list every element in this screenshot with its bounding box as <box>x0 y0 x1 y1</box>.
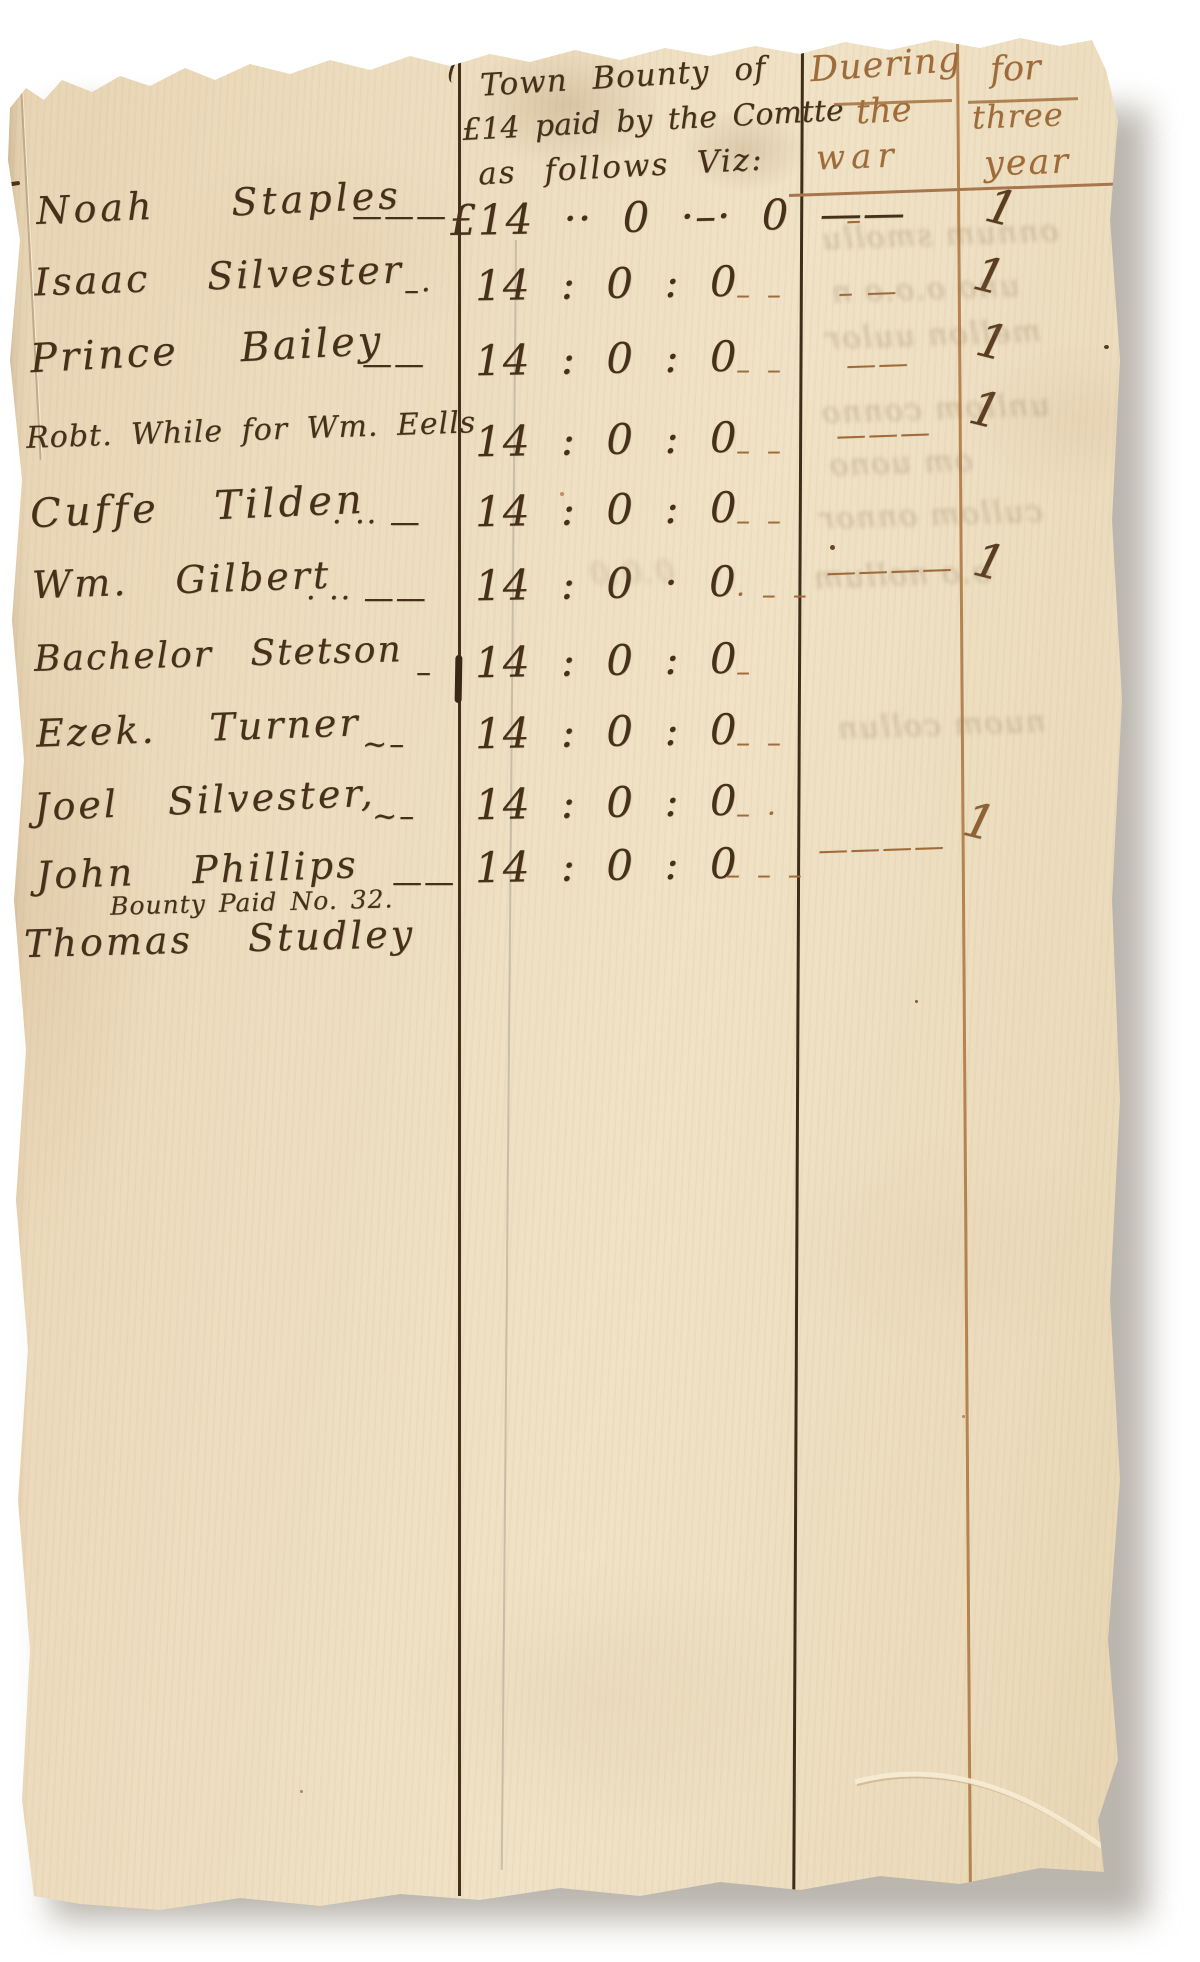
header-three-year-line2: three <box>971 98 1064 133</box>
torn-ink-fragment <box>3 537 11 541</box>
during-war-mark: ———— <box>818 832 947 866</box>
row-name: Bachelor Stetson <box>34 632 403 678</box>
bleedthrough-text: uno o.o.o n <box>829 269 1019 311</box>
ledger-paper: Town Bounty of £14 paid by the Comtte as… <box>0 0 1200 1962</box>
bleedthrough-text: mellon uulor <box>823 314 1041 357</box>
row-amount-trail: – – <box>736 437 785 465</box>
row-name-trail: ——— <box>352 202 448 232</box>
row-name: Joel Silvester, <box>33 774 376 827</box>
torn-ink-fragment <box>0 420 10 443</box>
header-during-line2: the <box>855 93 912 130</box>
row-amount: 14 : 0 : 0 <box>475 780 738 827</box>
row-name-trail: · ·· — <box>332 508 422 538</box>
header-three-year-line1: for <box>989 51 1042 89</box>
row-amount-trail: – · <box>736 800 780 828</box>
header-during-line3: war <box>815 139 900 176</box>
row-amount: 14 : 0 : 0 <box>475 638 738 685</box>
ink-speck <box>962 1415 965 1418</box>
row-amount-trail: – <box>736 658 754 686</box>
row-name-trail: · ·· —— <box>306 584 428 614</box>
three-year-tick: 1 <box>959 795 1000 849</box>
row-name-trail: ~– <box>372 802 416 832</box>
row-name: Noah Staples <box>35 176 402 230</box>
ink-speck <box>1104 345 1109 349</box>
column-line-names-right <box>458 58 461 1896</box>
row-name-trail: —— <box>392 868 456 898</box>
row-amount-trail: – – <box>736 729 785 757</box>
row-amount: 14 : 0 : 0 <box>475 336 738 383</box>
scanned-document-page: Town Bounty of £14 paid by the Comtte as… <box>0 0 1200 1962</box>
row-amount-trail: – – <box>736 281 785 309</box>
bleedthrough-text: nuom collun <box>835 704 1045 746</box>
column-line-amounts-right <box>792 44 803 1890</box>
torn-ink-fragment <box>0 253 12 261</box>
ink-speck <box>560 492 564 496</box>
ink-speck <box>300 1790 303 1793</box>
row-amount-trail: – – <box>736 507 785 535</box>
torn-ink-fragment <box>4 181 20 187</box>
row-amount: 14 : 0 : 0 <box>475 261 738 308</box>
bleedthrough-text: om uono <box>827 443 973 483</box>
row-name: Robt. While for Wm. Eells <box>26 408 477 454</box>
header-three-year-line3: year <box>983 145 1070 183</box>
line-top-hook <box>446 54 468 85</box>
row-amount: 14 : 0 : 0 <box>475 709 738 756</box>
bleedthrough-text: cullom onnor <box>817 494 1043 537</box>
bleedthrough-text: onnum smollu <box>819 214 1059 257</box>
bleedthrough-text: unllom conno <box>819 388 1050 431</box>
header-bounty-line1: Town Bounty of <box>479 53 767 101</box>
header-bounty-line2: £14 paid by the Comtte <box>461 96 844 146</box>
row-amount-trail: – – – <box>726 861 806 889</box>
row-amount-trail: – – <box>736 356 785 384</box>
row-name: Ezek. Turner <box>35 703 361 752</box>
row-amount: 14 : 0 : 0 <box>475 843 738 890</box>
row-name-trail: —— <box>362 350 426 380</box>
torn-ink-fragment <box>0 500 10 505</box>
row-amount: 14 : 0 : 0 <box>475 417 738 464</box>
row-name-trail: ~– <box>362 730 406 760</box>
bleedthrough-text: 0.0.0 <box>587 555 675 593</box>
header-during-line1: Duering <box>809 43 962 88</box>
ink-speck <box>915 1000 918 1003</box>
column-line-pencil <box>501 240 517 1870</box>
row-amount: 14 : 0 : 0 <box>475 487 738 534</box>
row-name: Cuffe Tilden <box>29 480 366 535</box>
row-name-trail: –· <box>404 276 433 306</box>
row-name-last: Thomas Studley <box>24 915 416 963</box>
row-name-trail: – <box>416 658 433 688</box>
ink-speck <box>830 545 835 550</box>
row-name: Isaac Silvester <box>33 251 404 302</box>
row-name: Prince Bailey <box>29 321 384 379</box>
bleedthrough-text: o.o nollum <box>811 555 991 596</box>
row-amount-trail: · – – <box>736 581 811 609</box>
row-name: Wm. Gilbert <box>31 556 331 604</box>
ink-blot-on-line <box>455 655 463 703</box>
header-bounty-line3: as follows Viz: <box>477 145 764 191</box>
